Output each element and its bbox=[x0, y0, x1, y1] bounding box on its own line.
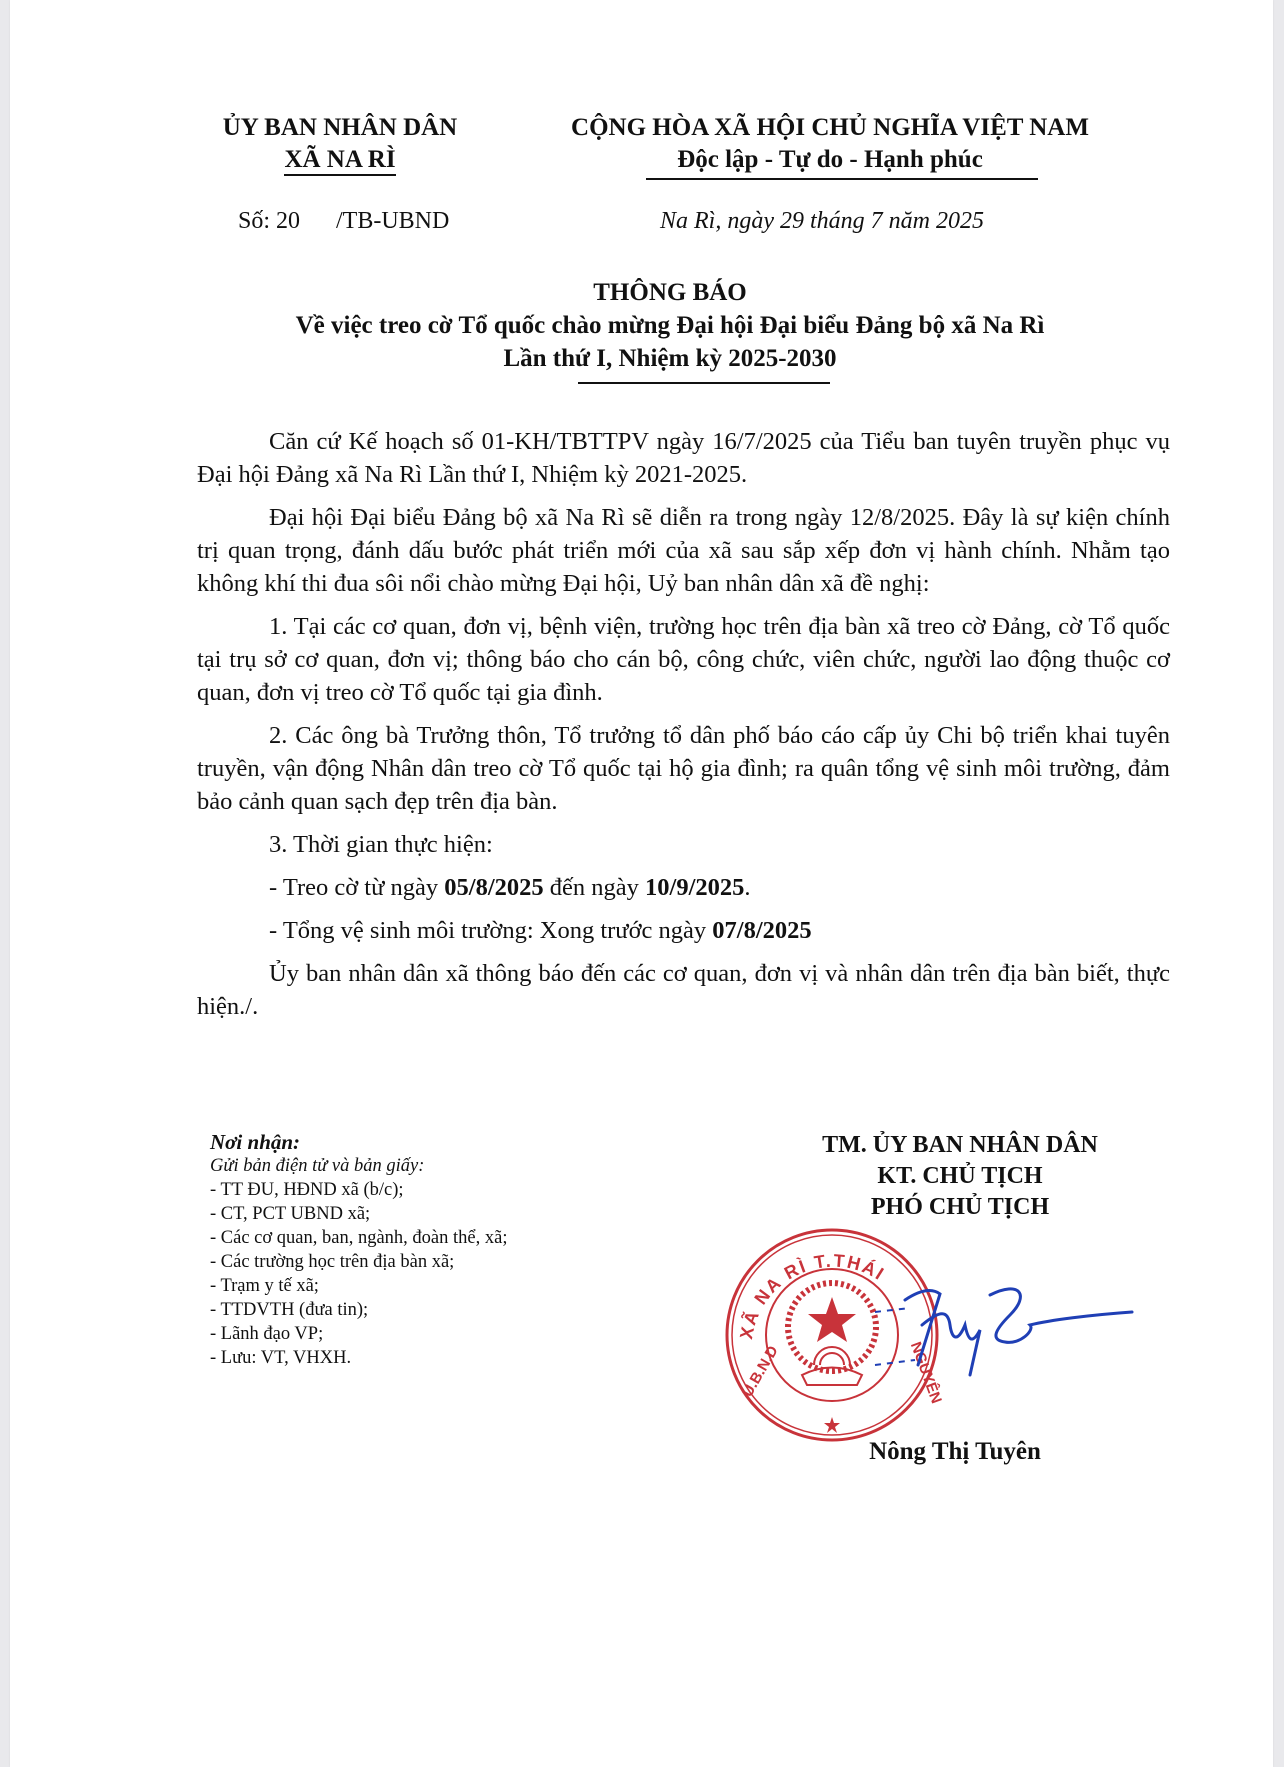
svg-text:XÃ NA RÌ T.THÁI: XÃ NA RÌ T.THÁI bbox=[736, 1251, 889, 1341]
recipient-item: - Các cơ quan, ban, ngành, đoàn thể, xã; bbox=[210, 1226, 630, 1250]
number-prefix: Số: 20 bbox=[238, 208, 300, 234]
document-body: Căn cứ Kế hoạch số 01-KH/TBTTPV ngày 16/… bbox=[197, 425, 1170, 1033]
national-motto-block: CỘNG HÒA XÃ HỘI CHỦ NGHĨA VIỆT NAM Độc l… bbox=[530, 112, 1130, 176]
recipient-item: - CT, PCT UBND xã; bbox=[210, 1202, 630, 1226]
signature-line-2: KT. CHỦ TỊCH bbox=[770, 1161, 1150, 1192]
document-title: THÔNG BÁO Về việc treo cờ Tổ quốc chào m… bbox=[170, 276, 1170, 375]
issuer-block: ỦY BAN NHÂN DÂN XÃ NA RÌ bbox=[190, 112, 490, 176]
svg-text:U.B.N.D: U.B.N.D bbox=[739, 1343, 782, 1400]
signature-line-1: TM. ỦY BAN NHÂN DÂN bbox=[770, 1130, 1150, 1161]
issuer-name: ỦY BAN NHÂN DÂN bbox=[190, 112, 490, 144]
paragraph-cleanup-deadline: - Tổng vệ sinh môi trường: Xong trước ng… bbox=[197, 914, 1170, 947]
issuer-commune: XÃ NA RÌ bbox=[190, 144, 490, 176]
motto-underline bbox=[646, 178, 1038, 180]
paragraph-context: Đại hội Đại biểu Đảng bộ xã Na Rì sẽ diễ… bbox=[197, 501, 1170, 600]
recipients-block: Nơi nhận: Gửi bản điện tử và bản giấy: -… bbox=[210, 1130, 630, 1370]
paragraph-flag-period: - Treo cờ từ ngày 05/8/2025 đến ngày 10/… bbox=[197, 871, 1170, 904]
recipients-subheading: Gửi bản điện tử và bản giấy: bbox=[210, 1154, 630, 1178]
recipient-item: - Lãnh đạo VP; bbox=[210, 1322, 630, 1346]
place-date: Na Rì, ngày 29 tháng 7 năm 2025 bbox=[660, 208, 984, 235]
title-underline bbox=[578, 382, 830, 384]
recipient-item: - Các trường học trên địa bàn xã; bbox=[210, 1250, 630, 1274]
flag-period-text: - Treo cờ từ ngày bbox=[269, 874, 444, 901]
number-suffix: /TB-UBND bbox=[336, 208, 449, 234]
handwritten-signature-icon bbox=[870, 1270, 1135, 1380]
recipient-item: - Trạm y tế xã; bbox=[210, 1274, 630, 1298]
subject-line-1: Về việc treo cờ Tổ quốc chào mừng Đại hộ… bbox=[170, 309, 1170, 342]
paragraph-basis: Căn cứ Kế hoạch số 01-KH/TBTTPV ngày 16/… bbox=[197, 425, 1170, 491]
recipient-item: - Lưu: VT, VHXH. bbox=[210, 1346, 630, 1370]
flag-start-date: 05/8/2025 bbox=[444, 874, 543, 901]
recipient-item: - TT ĐU, HĐND xã (b/c); bbox=[210, 1178, 630, 1202]
document-number: Số: 20/TB-UBND bbox=[238, 208, 449, 235]
paragraph-item-3: 3. Thời gian thực hiện: bbox=[197, 828, 1170, 861]
subject-line-2: Lần thứ I, Nhiệm kỳ 2025-2030 bbox=[170, 342, 1170, 375]
paragraph-closing: Ủy ban nhân dân xã thông báo đến các cơ … bbox=[197, 957, 1170, 1023]
flag-period-mid: đến ngày bbox=[544, 874, 645, 901]
issuer-underline bbox=[284, 174, 396, 176]
paragraph-item-2: 2. Các ông bà Trưởng thôn, Tổ trưởng tổ … bbox=[197, 719, 1170, 818]
recipient-item: - TTDVTH (đưa tin); bbox=[210, 1298, 630, 1322]
recipients-heading: Nơi nhận: bbox=[210, 1130, 630, 1154]
flag-end-date: 10/9/2025 bbox=[645, 874, 744, 901]
motto: Độc lập - Tự do - Hạnh phúc bbox=[530, 144, 1130, 176]
paragraph-item-1: 1. Tại các cơ quan, đơn vị, bệnh viện, t… bbox=[197, 610, 1170, 709]
country-name: CỘNG HÒA XÃ HỘI CHỦ NGHĨA VIỆT NAM bbox=[530, 112, 1130, 144]
document-page: ỦY BAN NHÂN DÂN XÃ NA RÌ CỘNG HÒA XÃ HỘI… bbox=[10, 0, 1273, 1767]
doc-type: THÔNG BÁO bbox=[170, 276, 1170, 309]
signature-line-3: PHÓ CHỦ TỊCH bbox=[770, 1192, 1150, 1223]
cleanup-text: - Tổng vệ sinh môi trường: Xong trước ng… bbox=[269, 917, 712, 944]
cleanup-date: 07/8/2025 bbox=[712, 917, 811, 944]
flag-period-end: . bbox=[744, 874, 750, 901]
signature-authority: TM. ỦY BAN NHÂN DÂN KT. CHỦ TỊCH PHÓ CHỦ… bbox=[770, 1130, 1150, 1223]
signer-name: Nông Thị Tuyên bbox=[800, 1438, 1110, 1466]
